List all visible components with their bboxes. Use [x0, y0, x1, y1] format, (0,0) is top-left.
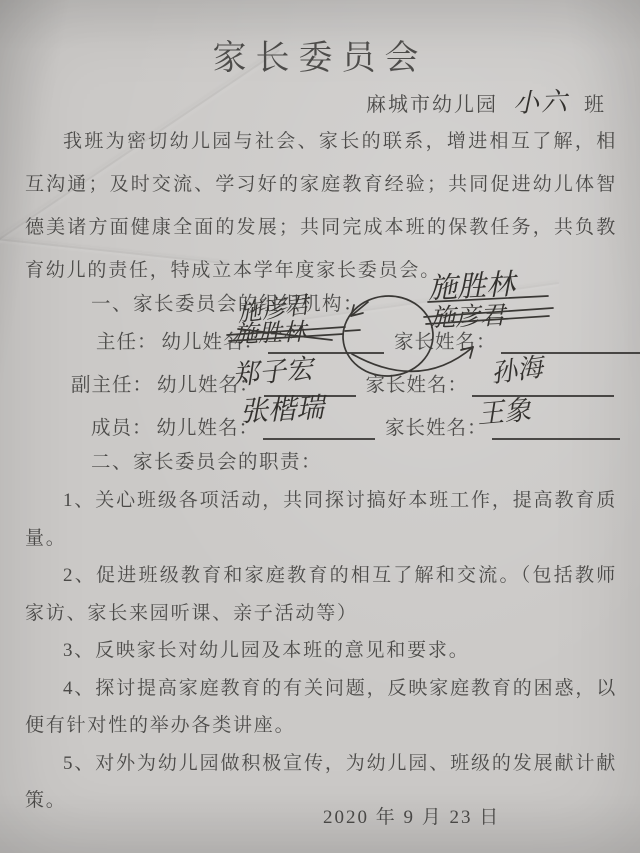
class-name-handwritten: 小六 [513, 89, 570, 117]
page-title: 家长委员会 [0, 30, 640, 79]
duty-item-3: 3、反映家长对幼儿园及本班的意见和要求。 [25, 632, 617, 670]
org-row-director: 主任： 幼儿姓名： 家长姓名： [25, 326, 640, 354]
parent-name-label: 家长姓名： [366, 369, 469, 397]
org-row-deputy: 副主任： 幼儿姓名： 家长姓名： [25, 369, 640, 397]
section-1-heading: 一、家长委员会的组织机构： [91, 288, 364, 316]
intro-paragraph: 我班为密切幼儿园与社会、家长的联系，增进相互了解，相互沟通；及时交流、学习好的家… [25, 120, 617, 292]
duty-item-4: 4、探讨提高家庭教育的有关问题，反映家庭教育的困惑，以便有针对性的举办各类讲座。 [25, 670, 617, 745]
class-suffix: 班 [584, 94, 606, 116]
role-label: 主任： [96, 326, 158, 354]
handwritten-parent-name-crossed-out: 施彦君 [430, 303, 506, 331]
handwritten-parent-name: 王象 [476, 397, 532, 429]
handwritten-child-name-crossed-out: 施胜林 [234, 320, 307, 346]
duties-list: 1、关心班级各项活动，共同探讨搞好本班工作，提高教育质量。 2、促进班级教育和家… [25, 482, 617, 820]
school-name: 麻城市幼儿园 [366, 94, 498, 116]
school-class-line: 麻城市幼儿园 小六 班 [366, 88, 606, 117]
handwritten-parent-name: 孙海 [489, 355, 544, 388]
handwritten-parent-name-correction: 施胜林 [427, 270, 515, 304]
scanned-document: 家长委员会 麻城市幼儿园 小六 班 我班为密切幼儿园与社会、家长的联系，增进相互… [0, 0, 640, 853]
duty-item-2: 2、促进班级教育和家庭教育的相互了解和交流。（包括教师家访、家长来园听课、亲子活… [25, 557, 617, 632]
parent-name-label: 家长姓名： [385, 412, 488, 440]
role-label: 副主任： [71, 369, 153, 397]
role-label: 成员： [91, 412, 153, 440]
duty-item-1: 1、关心班级各项活动，共同探讨搞好本班工作，提高教育质量。 [25, 482, 617, 557]
duty-item-5: 5、对外为幼儿园做积极宣传，为幼儿园、班级的发展献计献策。 [25, 745, 617, 820]
section-2-heading: 二、家长委员会的职责： [91, 446, 322, 474]
handwritten-child-name: 张楷瑞 [239, 394, 324, 426]
handwritten-child-name: 郑子宏 [231, 356, 314, 390]
org-row-member: 成员： 幼儿姓名： 家长姓名： [25, 412, 640, 440]
parent-name-blank [501, 328, 640, 354]
document-date: 2020 年 9 月 23 日 [323, 802, 500, 829]
